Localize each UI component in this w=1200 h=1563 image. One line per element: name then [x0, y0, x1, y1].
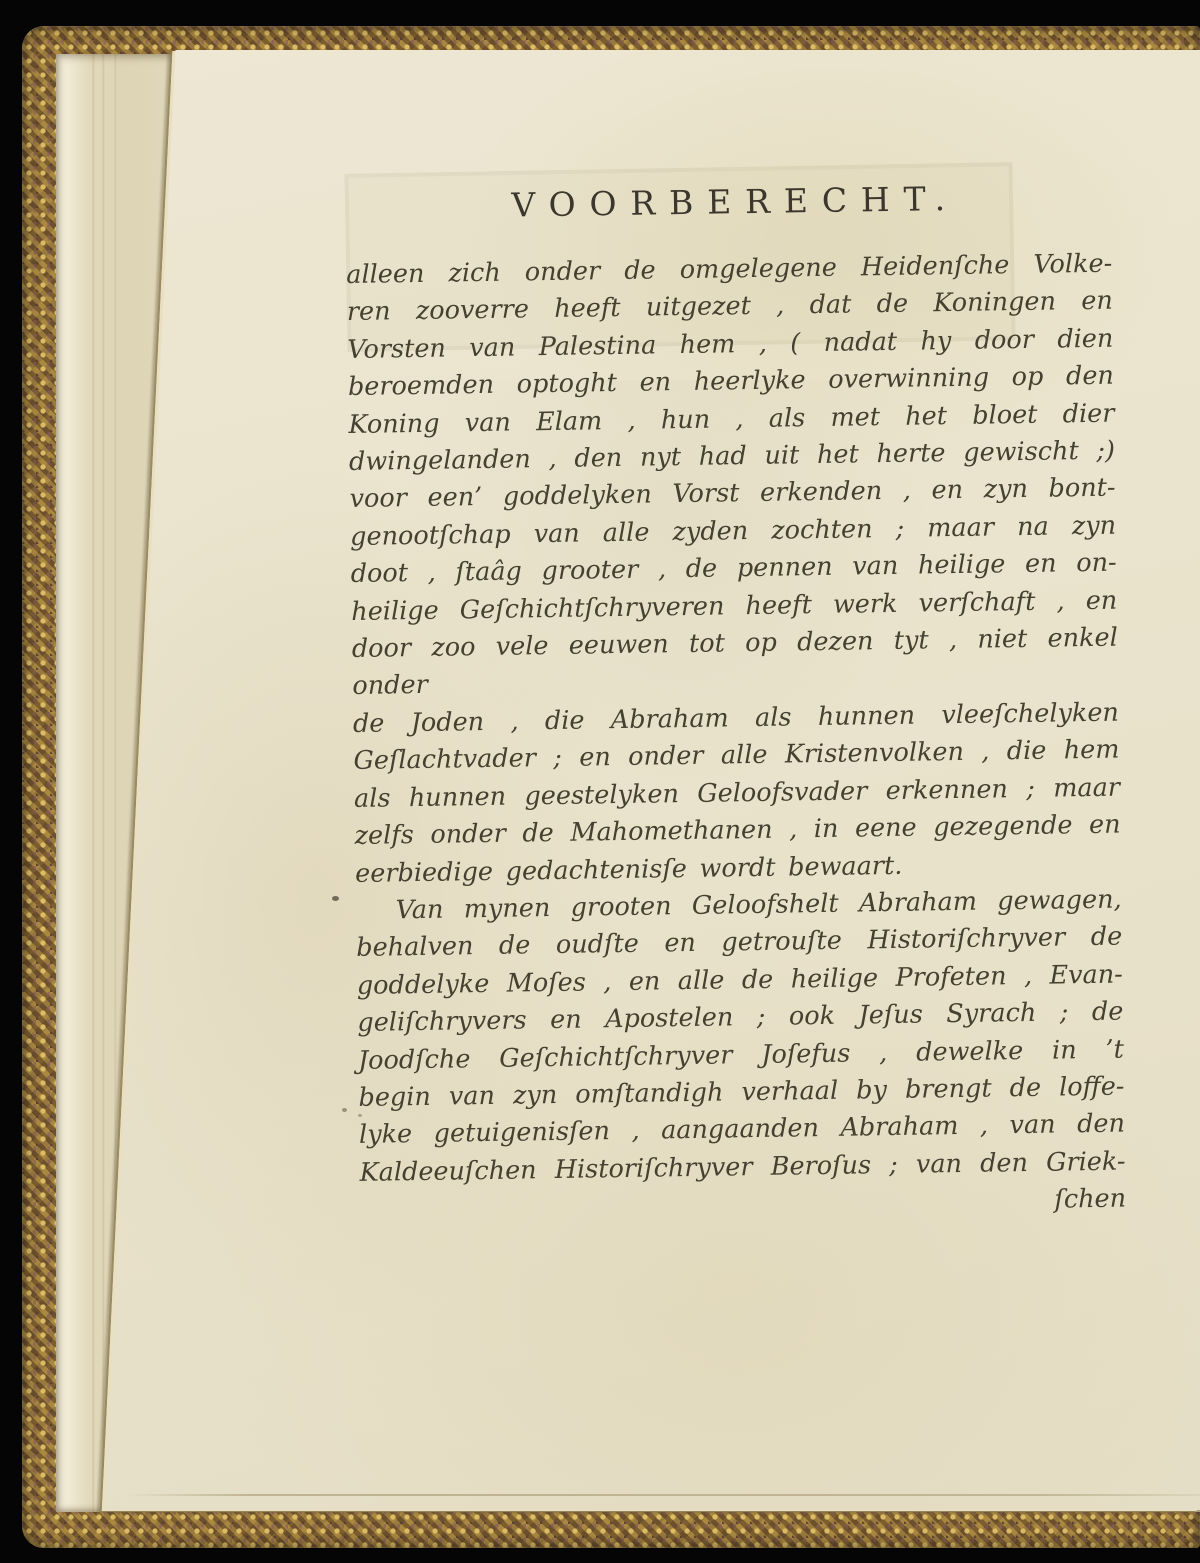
book-page: VOORBERECHT. alleen zich onder de omgele…: [96, 50, 1200, 1510]
ink-spot: [358, 1114, 362, 1117]
body-text: alleen zich onder de omgelegene Heidenſc…: [346, 246, 1126, 1230]
ink-spot: [332, 896, 339, 901]
ink-spot: [342, 1108, 347, 1112]
text-block: VOORBERECHT. alleen zich onder de omgele…: [345, 177, 1126, 1230]
book-photograph: VOORBERECHT. alleen zich onder de omgele…: [0, 0, 1200, 1563]
text-line: door zoo vele eeuwen tot op dezen tyt , …: [352, 620, 1119, 706]
page-leaf-wrapper: VOORBERECHT. alleen zich onder de omgele…: [96, 50, 1200, 1510]
